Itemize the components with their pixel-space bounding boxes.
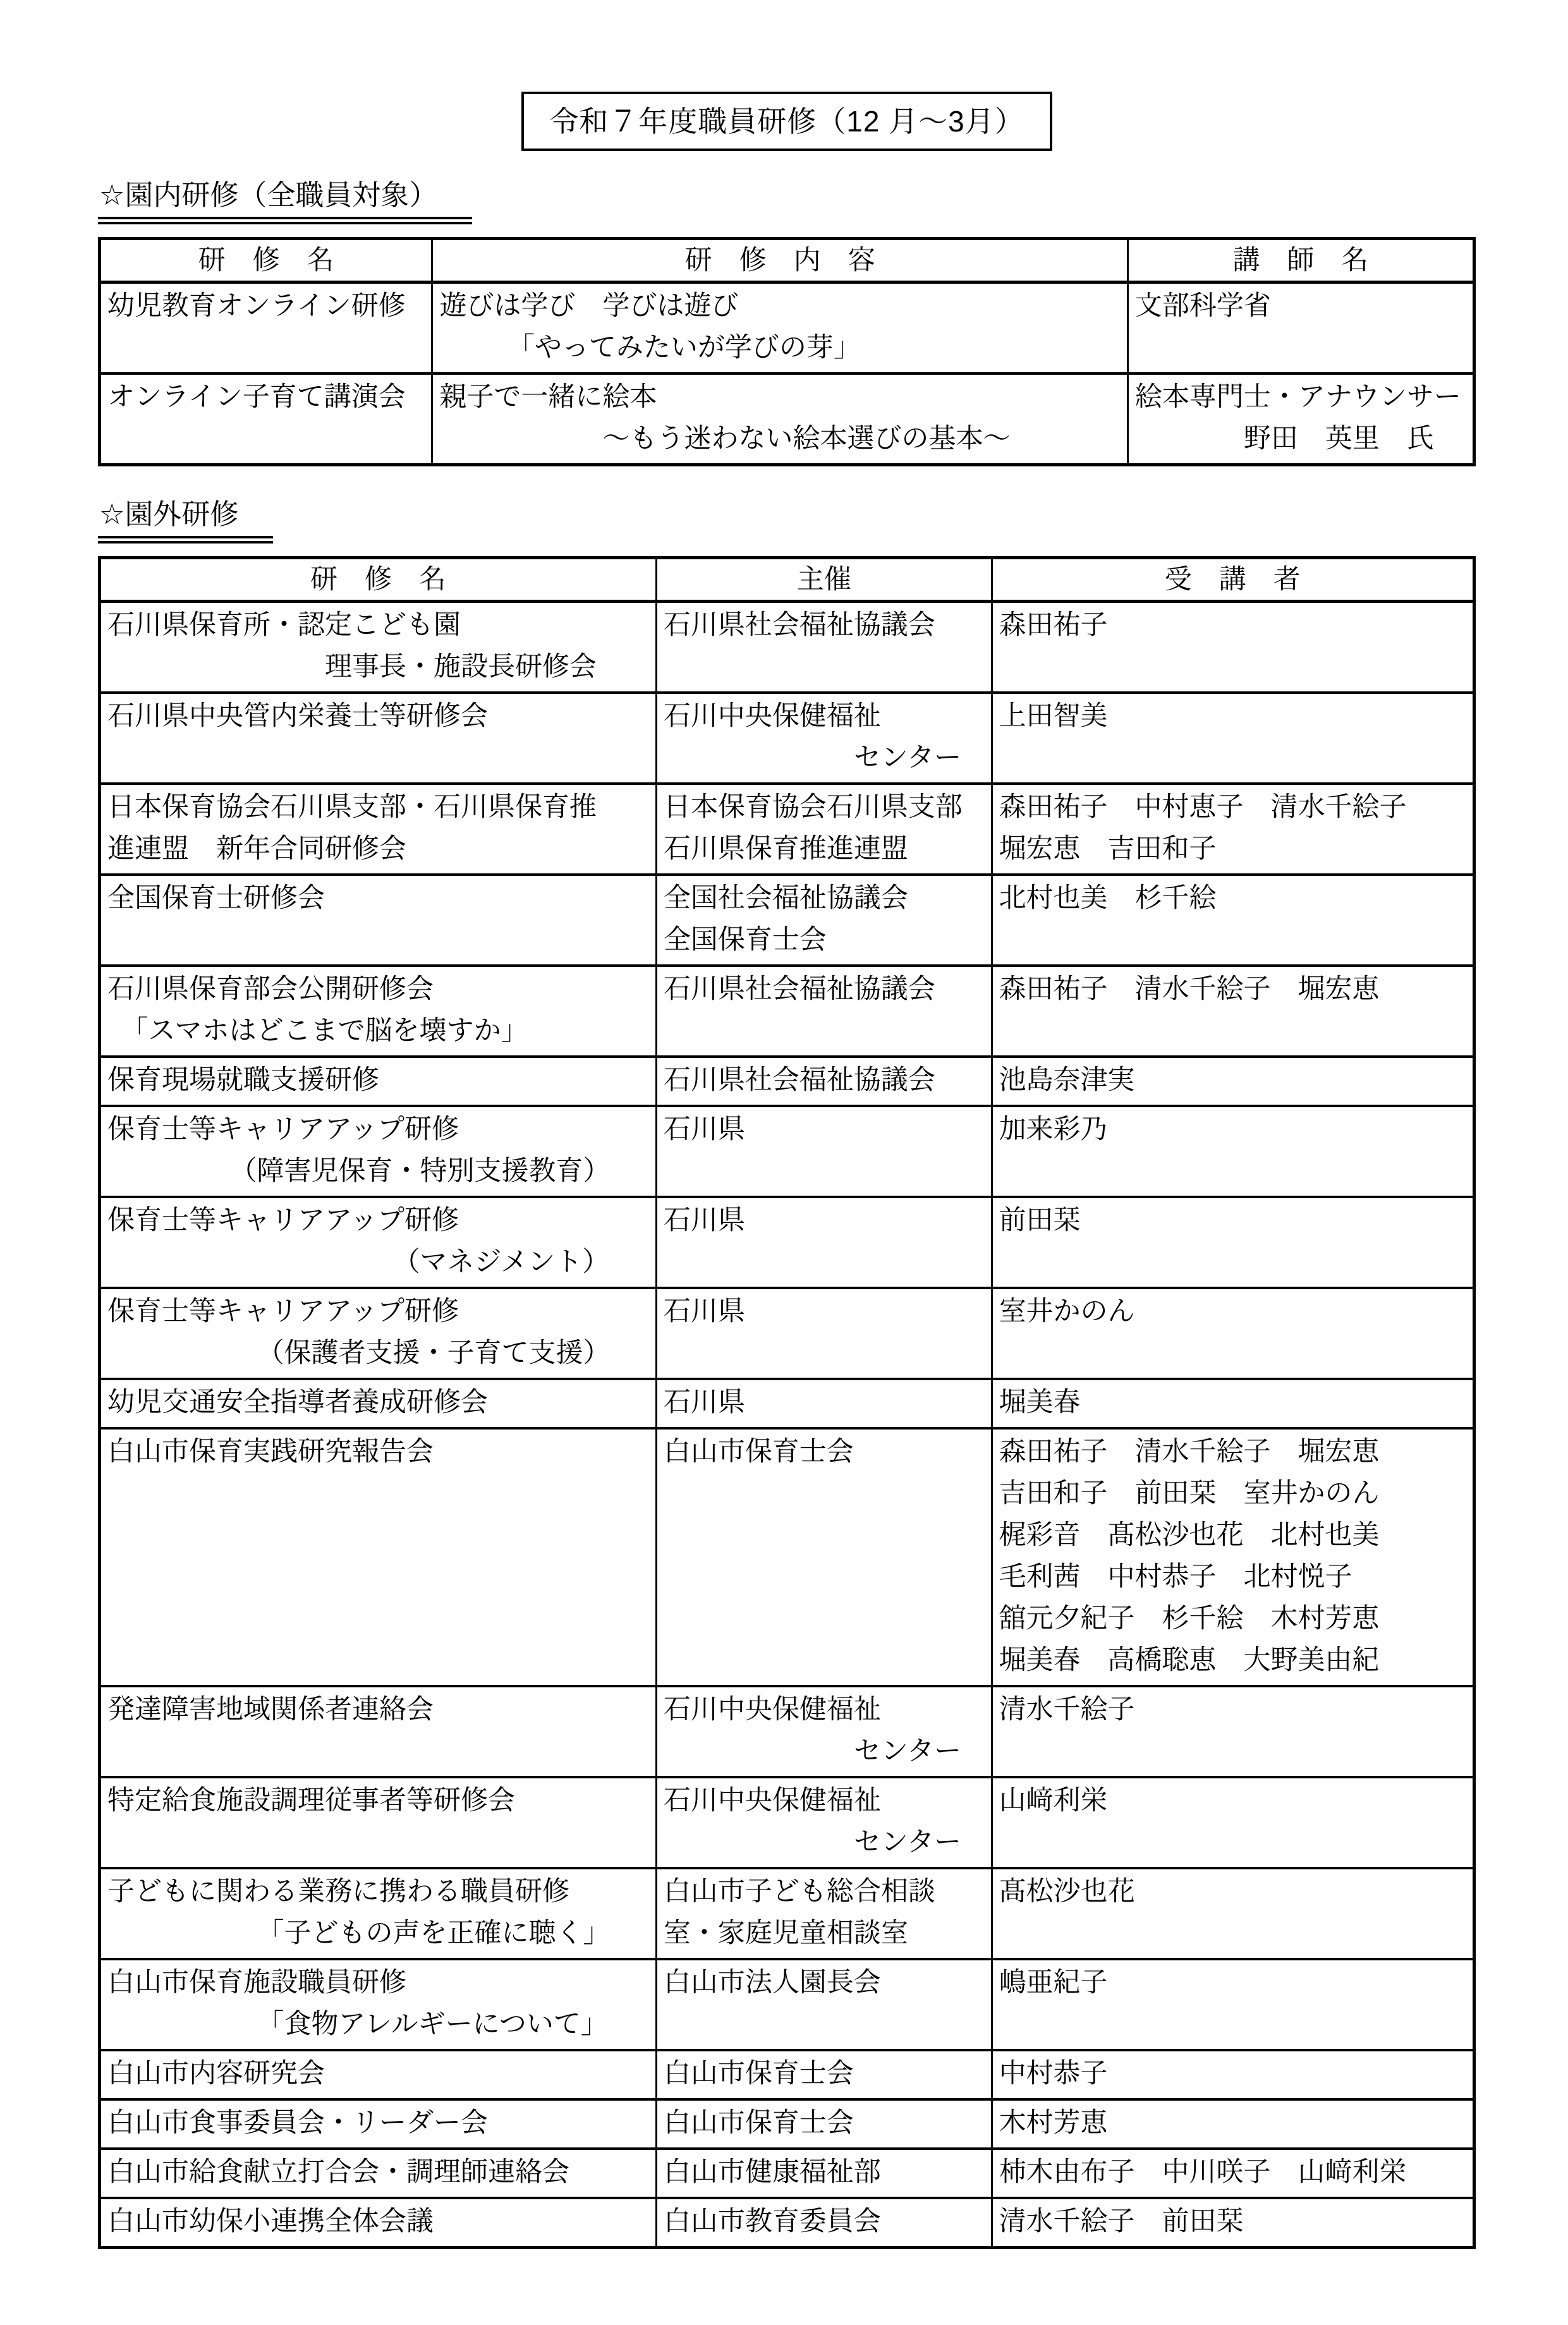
attendee-cell: 嶋亜紀子 bbox=[992, 1959, 1474, 2050]
table-row: 白山市保育実践研究報告会 白山市保育士会 森田祐子 清水千絵子 堀宏恵 吉田和子… bbox=[100, 1428, 1474, 1686]
host-cell: 白山市教育委員会 bbox=[656, 2198, 992, 2248]
col-header-training-content: 研 修 内 容 bbox=[432, 239, 1128, 282]
attendee-cell: 森田祐子 中村恵子 清水千絵子 堀宏恵 吉田和子 bbox=[992, 784, 1474, 875]
lecturer-cell: 絵本専門士・アナウンサー 野田 英里 氏 bbox=[1127, 373, 1474, 465]
training-name-cell: 石川県中央管内栄養士等研修会 bbox=[100, 693, 657, 784]
training-name-cell: 石川県保育部会公開研修会 「スマホはどこまで脳を壊すか」 bbox=[100, 966, 657, 1057]
training-name-cell: 子どもに関わる業務に携わる職員研修 「子どもの声を正確に聴く」 bbox=[100, 1868, 657, 1959]
table-row: 石川県中央管内栄養士等研修会 石川中央保健福祉 センター 上田智美 bbox=[100, 693, 1474, 784]
attendee-cell: 室井かのん bbox=[992, 1288, 1474, 1379]
training-content-cell: 親子で一緒に絵本 ～もう迷わない絵本選びの基本～ bbox=[432, 373, 1128, 465]
table-row: 保育士等キャリアアップ研修 （障害児保育・特別支援教育） 石川県 加来彩乃 bbox=[100, 1106, 1474, 1197]
training-name-cell: 白山市保育施設職員研修 「食物アレルギーについて」 bbox=[100, 1959, 657, 2050]
table-row: 幼児交通安全指導者養成研修会 石川県 堀美春 bbox=[100, 1379, 1474, 1428]
attendee-cell: 加来彩乃 bbox=[992, 1106, 1474, 1197]
host-cell: 白山市保育士会 bbox=[656, 2099, 992, 2149]
training-content-cell: 遊びは学び 学びは遊び 「やってみたいが学びの芽」 bbox=[432, 282, 1128, 374]
attendee-cell: 木村芳恵 bbox=[992, 2099, 1474, 2149]
table-row: 保育現場就職支援研修 石川県社会福祉協議会 池島奈津実 bbox=[100, 1057, 1474, 1106]
attendee-cell: 堀美春 bbox=[992, 1379, 1474, 1428]
section-heading-external-text: ☆園外研修 bbox=[98, 498, 273, 543]
training-name-cell: 保育士等キャリアアップ研修 （保護者支援・子育て支援） bbox=[100, 1288, 657, 1379]
table-row: 全国保育士研修会 全国社会福祉協議会 全国保育士会 北村也美 杉千絵 bbox=[100, 875, 1474, 966]
training-name-cell: 保育士等キャリアアップ研修 （マネジメント） bbox=[100, 1197, 657, 1288]
training-name-cell: 全国保育士研修会 bbox=[100, 875, 657, 966]
host-cell: 石川中央保健福祉 センター bbox=[656, 1686, 992, 1777]
lecturer-cell: 文部科学省 bbox=[1127, 282, 1474, 374]
host-cell: 白山市法人園長会 bbox=[656, 1959, 992, 2050]
training-name-cell: 幼児交通安全指導者養成研修会 bbox=[100, 1379, 657, 1428]
external-training-table: 研 修 名 主催 受 講 者 石川県保育所・認定こども園 理事長・施設長研修会 … bbox=[98, 556, 1476, 2249]
training-name-cell: 日本保育協会石川県支部・石川県保育推 進連盟 新年合同研修会 bbox=[100, 784, 657, 875]
table-row: 幼児教育オンライン研修 遊びは学び 学びは遊び 「やってみたいが学びの芽」 文部… bbox=[100, 282, 1474, 374]
host-cell: 日本保育協会石川県支部 石川県保育推進連盟 bbox=[656, 784, 992, 875]
table-row: 白山市食事委員会・リーダー会 白山市保育士会 木村芳恵 bbox=[100, 2099, 1474, 2149]
training-name-cell: オンライン子育て講演会 bbox=[100, 373, 432, 465]
training-name-cell: 白山市保育実践研究報告会 bbox=[100, 1428, 657, 1686]
host-cell: 石川県 bbox=[656, 1106, 992, 1197]
training-name-cell: 特定給食施設調理従事者等研修会 bbox=[100, 1777, 657, 1868]
training-name-cell: 白山市内容研究会 bbox=[100, 2050, 657, 2099]
attendee-cell: 上田智美 bbox=[992, 693, 1474, 784]
table-row: 白山市幼保小連携全体会議 白山市教育委員会 清水千絵子 前田栞 bbox=[100, 2198, 1474, 2248]
attendee-cell: 前田栞 bbox=[992, 1197, 1474, 1288]
host-cell: 石川県 bbox=[656, 1197, 992, 1288]
attendee-cell: 髙松沙也花 bbox=[992, 1868, 1474, 1959]
host-cell: 石川県 bbox=[656, 1288, 992, 1379]
section-heading-external: ☆園外研修 bbox=[98, 498, 1476, 543]
attendee-cell: 森田祐子 清水千絵子 堀宏恵 bbox=[992, 966, 1474, 1057]
host-cell: 全国社会福祉協議会 全国保育士会 bbox=[656, 875, 992, 966]
table-row: 石川県保育所・認定こども園 理事長・施設長研修会 石川県社会福祉協議会 森田祐子 bbox=[100, 602, 1474, 693]
table-row: 日本保育協会石川県支部・石川県保育推 進連盟 新年合同研修会 日本保育協会石川県… bbox=[100, 784, 1474, 875]
host-cell: 白山市健康福祉部 bbox=[656, 2149, 992, 2198]
attendee-cell: 中村恭子 bbox=[992, 2050, 1474, 2099]
col-header-training-name: 研 修 名 bbox=[100, 239, 432, 282]
attendee-cell: 森田祐子 清水千絵子 堀宏恵 吉田和子 前田栞 室井かのん 梶彩音 髙松沙也花 … bbox=[992, 1428, 1474, 1686]
section-heading-internal-text: ☆園内研修（全職員対象） bbox=[98, 179, 472, 224]
table-row: 子どもに関わる業務に携わる職員研修 「子どもの声を正確に聴く」 白山市子ども総合… bbox=[100, 1868, 1474, 1959]
attendee-cell: 清水千絵子 bbox=[992, 1686, 1474, 1777]
host-cell: 白山市保育士会 bbox=[656, 2050, 992, 2099]
col-header-training-name: 研 修 名 bbox=[100, 558, 657, 602]
training-name-cell: 保育士等キャリアアップ研修 （障害児保育・特別支援教育） bbox=[100, 1106, 657, 1197]
host-cell: 石川県 bbox=[656, 1379, 992, 1428]
host-cell: 石川中央保健福祉 センター bbox=[656, 693, 992, 784]
training-name-cell: 発達障害地域関係者連絡会 bbox=[100, 1686, 657, 1777]
table-row: 石川県保育部会公開研修会 「スマホはどこまで脳を壊すか」 石川県社会福祉協議会 … bbox=[100, 966, 1474, 1057]
training-name-cell: 幼児教育オンライン研修 bbox=[100, 282, 432, 374]
col-header-attendee: 受 講 者 bbox=[992, 558, 1474, 602]
host-cell: 石川県社会福祉協議会 bbox=[656, 966, 992, 1057]
host-cell: 石川県社会福祉協議会 bbox=[656, 1057, 992, 1106]
table-row: 保育士等キャリアアップ研修 （マネジメント） 石川県 前田栞 bbox=[100, 1197, 1474, 1288]
header-row: 研 修 名 主催 受 講 者 bbox=[100, 558, 1474, 602]
attendee-cell: 清水千絵子 前田栞 bbox=[992, 2198, 1474, 2248]
table-row: 特定給食施設調理従事者等研修会 石川中央保健福祉 センター 山﨑利栄 bbox=[100, 1777, 1474, 1868]
training-name-cell: 白山市食事委員会・リーダー会 bbox=[100, 2099, 657, 2149]
table-row: 保育士等キャリアアップ研修 （保護者支援・子育て支援） 石川県 室井かのん bbox=[100, 1288, 1474, 1379]
page-title: 令和７年度職員研修（12 月～3月） bbox=[521, 92, 1052, 151]
host-cell: 白山市子ども総合相談 室・家庭児童相談室 bbox=[656, 1868, 992, 1959]
table-row: 白山市保育施設職員研修 「食物アレルギーについて」 白山市法人園長会 嶋亜紀子 bbox=[100, 1959, 1474, 2050]
host-cell: 石川中央保健福祉 センター bbox=[656, 1777, 992, 1868]
internal-training-table: 研 修 名 研 修 内 容 講 師 名 幼児教育オンライン研修 遊びは学び 学び… bbox=[98, 237, 1476, 466]
attendee-cell: 山﨑利栄 bbox=[992, 1777, 1474, 1868]
training-name-cell: 白山市幼保小連携全体会議 bbox=[100, 2198, 657, 2248]
training-name-cell: 石川県保育所・認定こども園 理事長・施設長研修会 bbox=[100, 602, 657, 693]
attendee-cell: 池島奈津実 bbox=[992, 1057, 1474, 1106]
table-row: オンライン子育て講演会 親子で一緒に絵本 ～もう迷わない絵本選びの基本～ 絵本専… bbox=[100, 373, 1474, 465]
host-cell: 石川県社会福祉協議会 bbox=[656, 602, 992, 693]
table-row: 白山市給食献立打合会・調理師連絡会 白山市健康福祉部 柿木由布子 中川咲子 山﨑… bbox=[100, 2149, 1474, 2198]
header-row: 研 修 名 研 修 内 容 講 師 名 bbox=[100, 239, 1474, 282]
table-row: 白山市内容研究会 白山市保育士会 中村恭子 bbox=[100, 2050, 1474, 2099]
training-name-cell: 保育現場就職支援研修 bbox=[100, 1057, 657, 1106]
col-header-host: 主催 bbox=[656, 558, 992, 602]
attendee-cell: 柿木由布子 中川咲子 山﨑利栄 bbox=[992, 2149, 1474, 2198]
attendee-cell: 北村也美 杉千絵 bbox=[992, 875, 1474, 966]
host-cell: 白山市保育士会 bbox=[656, 1428, 992, 1686]
table-row: 発達障害地域関係者連絡会 石川中央保健福祉 センター 清水千絵子 bbox=[100, 1686, 1474, 1777]
section-heading-internal: ☆園内研修（全職員対象） bbox=[98, 179, 1476, 224]
training-name-cell: 白山市給食献立打合会・調理師連絡会 bbox=[100, 2149, 657, 2198]
col-header-lecturer: 講 師 名 bbox=[1127, 239, 1474, 282]
document-page: 令和７年度職員研修（12 月～3月） ☆園内研修（全職員対象） 研 修 名 研 … bbox=[0, 0, 1568, 2325]
attendee-cell: 森田祐子 bbox=[992, 602, 1474, 693]
